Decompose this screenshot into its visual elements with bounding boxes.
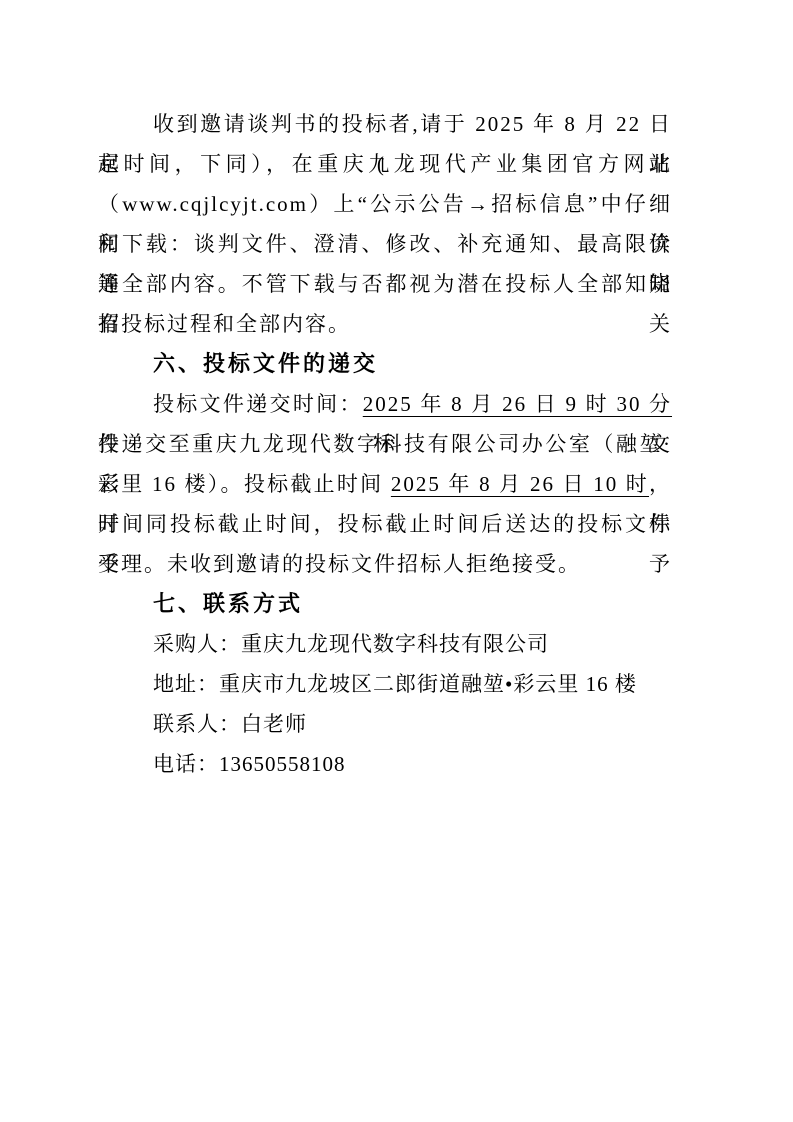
text-segment: 投标文件递交时间： xyxy=(153,392,363,416)
document-page: 收到邀请谈判书的投标者,请于 2025 年 8 月 22 日起( 北 京时间，下… xyxy=(0,0,793,1122)
underlined-deadline-time: 2025 年 8 月 26 日 10 时 xyxy=(391,472,649,496)
text-line: 收到邀请谈判书的投标者,请于 2025 年 8 月 22 日起( 北 xyxy=(98,104,672,144)
section-heading-contact: 七、联系方式 xyxy=(98,584,672,624)
contact-purchaser-line: 采购人：重庆九龙现代数字科技有限公司 xyxy=(98,624,672,664)
text-line: 投标文件递交时间：2025 年 8 月 26 日 9 时 30 分投标文 xyxy=(98,384,672,424)
text-line: （www.cqjlcyjt.com）上“公示公告→招标信息”中仔细阅读 xyxy=(98,184,672,224)
contact-phone-line: 电话：13650558108 xyxy=(98,744,672,784)
text-line: 时间同投标截止时间，投标截止时间后送达的投标文件不予 xyxy=(98,504,672,544)
text-line: 京时间，下同），在重庆九龙现代产业集团官方网站 xyxy=(98,144,672,184)
submission-paragraph: 投标文件递交时间：2025 年 8 月 26 日 9 时 30 分投标文 件递交… xyxy=(98,384,672,584)
contact-address-line: 地址：重庆市九龙坡区二郎街道融堃•彩云里 16 楼 xyxy=(98,664,672,704)
text-line: 件递交至重庆九龙现代数字科技有限公司办公室（融堃·彩 xyxy=(98,424,672,464)
intro-paragraph: 收到邀请谈判书的投标者,请于 2025 年 8 月 22 日起( 北 京时间，下… xyxy=(98,104,672,344)
contact-info: 采购人：重庆九龙现代数字科技有限公司 地址：重庆市九龙坡区二郎街道融堃•彩云里 … xyxy=(98,624,672,784)
underlined-submission-time: 2025 年 8 月 26 日 9 时 30 分 xyxy=(363,392,672,416)
text-line: 云里 16 楼）。投标截止时间 2025 年 8 月 26 日 10 时，开标 xyxy=(98,464,672,504)
text-line: 和下载：谈判文件、澄清、修改、补充通知、最高限价通知 xyxy=(98,224,672,264)
text-line: 等全部内容。不管下载与否都视为潜在投标人全部知晓有关 xyxy=(98,264,672,304)
section-heading-submission: 六、投标文件的递交 xyxy=(98,344,672,384)
document-content: 收到邀请谈判书的投标者,请于 2025 年 8 月 22 日起( 北 京时间，下… xyxy=(98,104,672,784)
text-segment: 云里 16 楼）。投标截止时间 xyxy=(98,472,391,496)
contact-person-line: 联系人：白老师 xyxy=(98,704,672,744)
